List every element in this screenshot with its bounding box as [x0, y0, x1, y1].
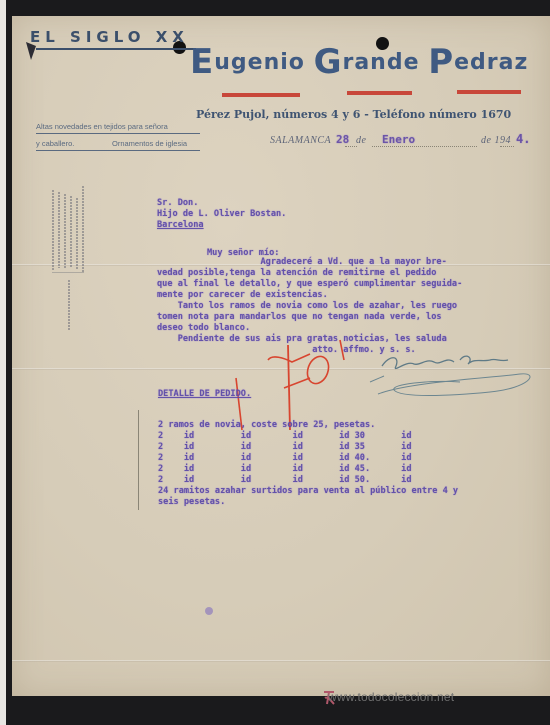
order-line: 24 ramitos azahar surtidos para venta al… — [158, 486, 458, 497]
company-last-rest: edraz — [454, 50, 528, 75]
recipient-line-1: Sr. Don. — [157, 198, 198, 209]
fold-line — [12, 660, 550, 662]
accent-bar — [457, 90, 521, 94]
vertical-print — [82, 186, 84, 272]
order-line: seis pesetas. — [158, 497, 225, 508]
company-first-initial: E — [190, 42, 214, 82]
vertical-print — [70, 196, 72, 268]
accent-bar — [222, 93, 300, 97]
order-line: 2 ramos de novia, coste sobre 25, peseta… — [158, 420, 375, 431]
body-line: deseo todo blanco. — [157, 323, 250, 334]
vertical-print — [58, 192, 60, 268]
body-line: que al final le detallo, y que esperó cu… — [157, 279, 462, 290]
ink-blot-icon — [202, 604, 216, 618]
series-rule — [36, 48, 196, 50]
vertical-print — [52, 190, 54, 270]
recipient-line-3: Barcelona — [157, 220, 204, 231]
tagline-line-2b: Ornamentos de iglesia — [112, 139, 187, 148]
company-first-rest: ugenio — [214, 50, 305, 75]
vertical-print — [68, 280, 70, 330]
order-line: 2 id id id id 50. id — [158, 475, 412, 486]
accent-bar — [347, 91, 412, 95]
vertical-print — [64, 194, 66, 268]
company-last-initial: P — [428, 42, 454, 82]
company-address: Pérez Pujol, números 4 y 6 - Teléfono nú… — [196, 108, 511, 121]
vertical-print — [76, 198, 78, 270]
tagline-rule — [36, 133, 200, 134]
tagline-line-1: Altas novedades en tejidos para señora — [36, 122, 168, 131]
recipient-line-2: Hijo de L. Oliver Bostan. — [157, 209, 286, 220]
dateline-city: SALAMANCA — [270, 135, 331, 146]
dateline-year-prefix: de 194 — [481, 135, 511, 146]
watermark-link[interactable]: www.todocoleccion.net — [328, 690, 454, 704]
order-line: 2 id id id id 40. id — [158, 453, 412, 464]
tagline-rule — [36, 150, 200, 151]
body-line: vedad posible,tenga la atención de remit… — [157, 268, 436, 279]
dotted-rule — [345, 146, 357, 147]
dotted-rule — [500, 146, 514, 147]
body-line: Tanto los ramos de novia como los de aza… — [157, 301, 457, 312]
body-line: tomen nota para mandarlos que no tengan … — [157, 312, 442, 323]
order-heading: DETALLE DE PEDIDO. — [158, 389, 251, 400]
company-middle-initial: G — [314, 42, 343, 82]
body-line: Agradeceré a Vd. que a la mayor bre- — [157, 257, 447, 268]
vertical-print-rule — [52, 272, 84, 273]
order-line: 2 id id id id 30 id — [158, 431, 412, 442]
dateline-day: 28 — [336, 133, 349, 146]
company-name: Eugenio Grande Pedraz — [190, 42, 528, 82]
company-middle-rest: rande — [342, 50, 419, 75]
dateline-de: de — [356, 135, 366, 146]
tagline-line-2a: y caballero. — [36, 139, 74, 148]
dotted-rule — [372, 146, 477, 147]
scan-edge — [0, 0, 6, 725]
signature-icon — [370, 352, 540, 412]
dateline-month: Enero — [382, 133, 415, 146]
series-title: EL SIGLO XX — [30, 28, 189, 46]
order-line: 2 id id id id 45. id — [158, 464, 412, 475]
dateline-year-digit: 4. — [516, 132, 530, 146]
body-line: mente por carecer de existencias. — [157, 290, 328, 301]
margin-line — [138, 410, 139, 510]
order-line: 2 id id id id 35 id — [158, 442, 412, 453]
